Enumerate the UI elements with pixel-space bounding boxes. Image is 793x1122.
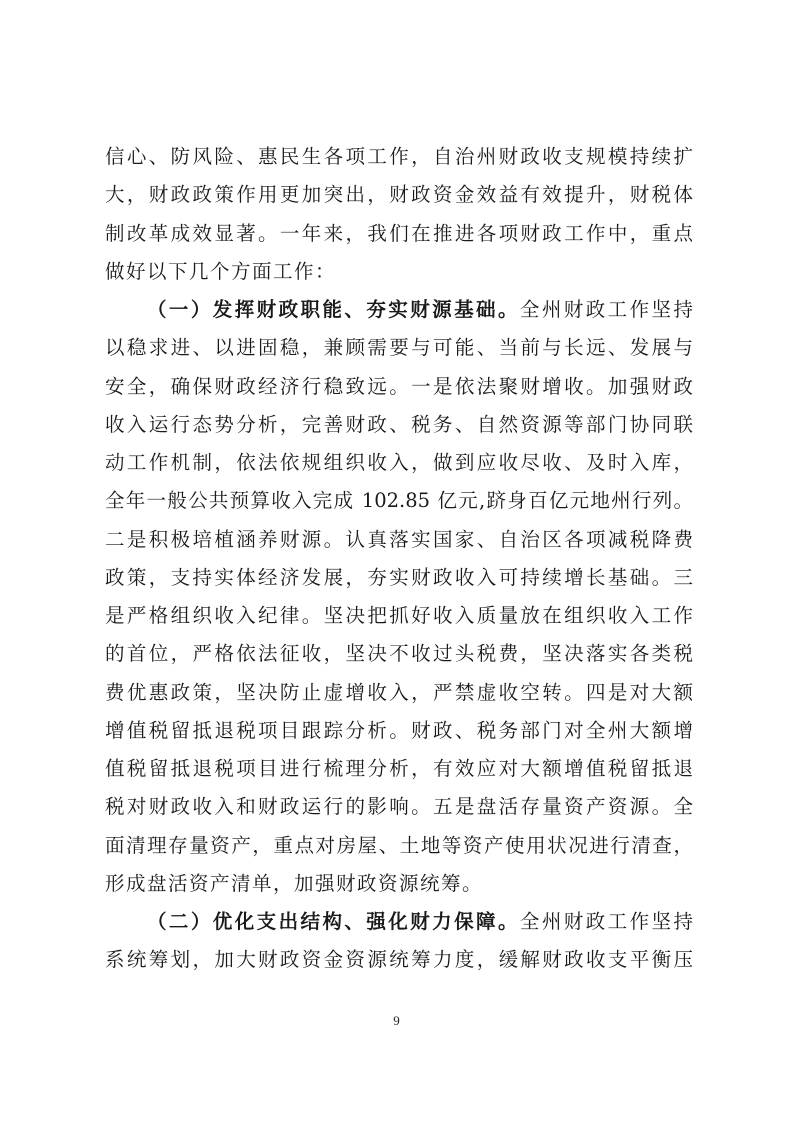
text-line: 安全，确保财政经济行稳致远。一是依法聚财增收。加强财政 <box>105 368 693 406</box>
text-line: 动工作机制，依法依规组织收入，做到应收尽收、及时入库， <box>105 444 693 482</box>
document-page: 信心、防风险、惠民生各项工作，自治州财政收支规模持续扩 大，财政政策作用更加突出… <box>0 0 793 1122</box>
text-line: 税对财政收入和财政运行的影响。五是盘活存量资产资源。全 <box>105 788 693 826</box>
page-number: 9 <box>0 1013 793 1029</box>
text-line: 全年一般公共预算收入完成 102.85 亿元,跻身百亿元地州行列。 <box>105 482 693 520</box>
section-heading-line: （一）发挥财政职能、夯实财源基础。全州财政工作坚持 <box>105 291 693 329</box>
text-line: 形成盘活资产清单，加强财政资源统筹。 <box>105 865 693 903</box>
section-heading: （一）发挥财政职能、夯实财源基础。 <box>147 298 520 321</box>
text-line: 制改革成效显著。一年来，我们在推进各项财政工作中，重点 <box>105 215 693 253</box>
text-line: 以稳求进、以进固稳，兼顾需要与可能、当前与长远、发展与 <box>105 329 693 367</box>
text-line: 增值税留抵退税项目跟踪分析。财政、税务部门对全州大额增 <box>105 712 693 750</box>
text-span: 全州财政工作坚持 <box>520 298 693 321</box>
text-line: 做好以下几个方面工作： <box>105 253 693 291</box>
text-line: 值税留抵退税项目进行梳理分析，有效应对大额增值税留抵退 <box>105 750 693 788</box>
text-line: 大，财政政策作用更加突出，财政资金效益有效提升，财税体 <box>105 176 693 214</box>
text-line: 政策，支持实体经济发展，夯实财政收入可持续增长基础。三 <box>105 559 693 597</box>
text-line: 费优惠政策，坚决防止虚增收入，严禁虚收空转。四是对大额 <box>105 674 693 712</box>
text-line: 的首位，严格依法征收，坚决不收过头税费，坚决落实各类税 <box>105 635 693 673</box>
text-line: 二是积极培植涵养财源。认真落实国家、自治区各项减税降费 <box>105 521 693 559</box>
text-line: 信心、防风险、惠民生各项工作，自治州财政收支规模持续扩 <box>105 138 693 176</box>
body-text: 信心、防风险、惠民生各项工作，自治州财政收支规模持续扩 大，财政政策作用更加突出… <box>105 138 693 980</box>
section-heading-line: （二）优化支出结构、强化财力保障。全州财政工作坚持 <box>105 903 693 941</box>
text-span: 全州财政工作坚持 <box>520 910 693 933</box>
text-line: 面清理存量资产，重点对房屋、土地等资产使用状况进行清查， <box>105 827 693 865</box>
text-line: 是严格组织收入纪律。坚决把抓好收入质量放在组织收入工作 <box>105 597 693 635</box>
section-heading: （二）优化支出结构、强化财力保障。 <box>147 910 520 933</box>
text-line: 收入运行态势分析，完善财政、税务、自然资源等部门协同联 <box>105 406 693 444</box>
text-line: 系统筹划，加大财政资金资源统筹力度，缓解财政收支平衡压 <box>105 941 693 979</box>
